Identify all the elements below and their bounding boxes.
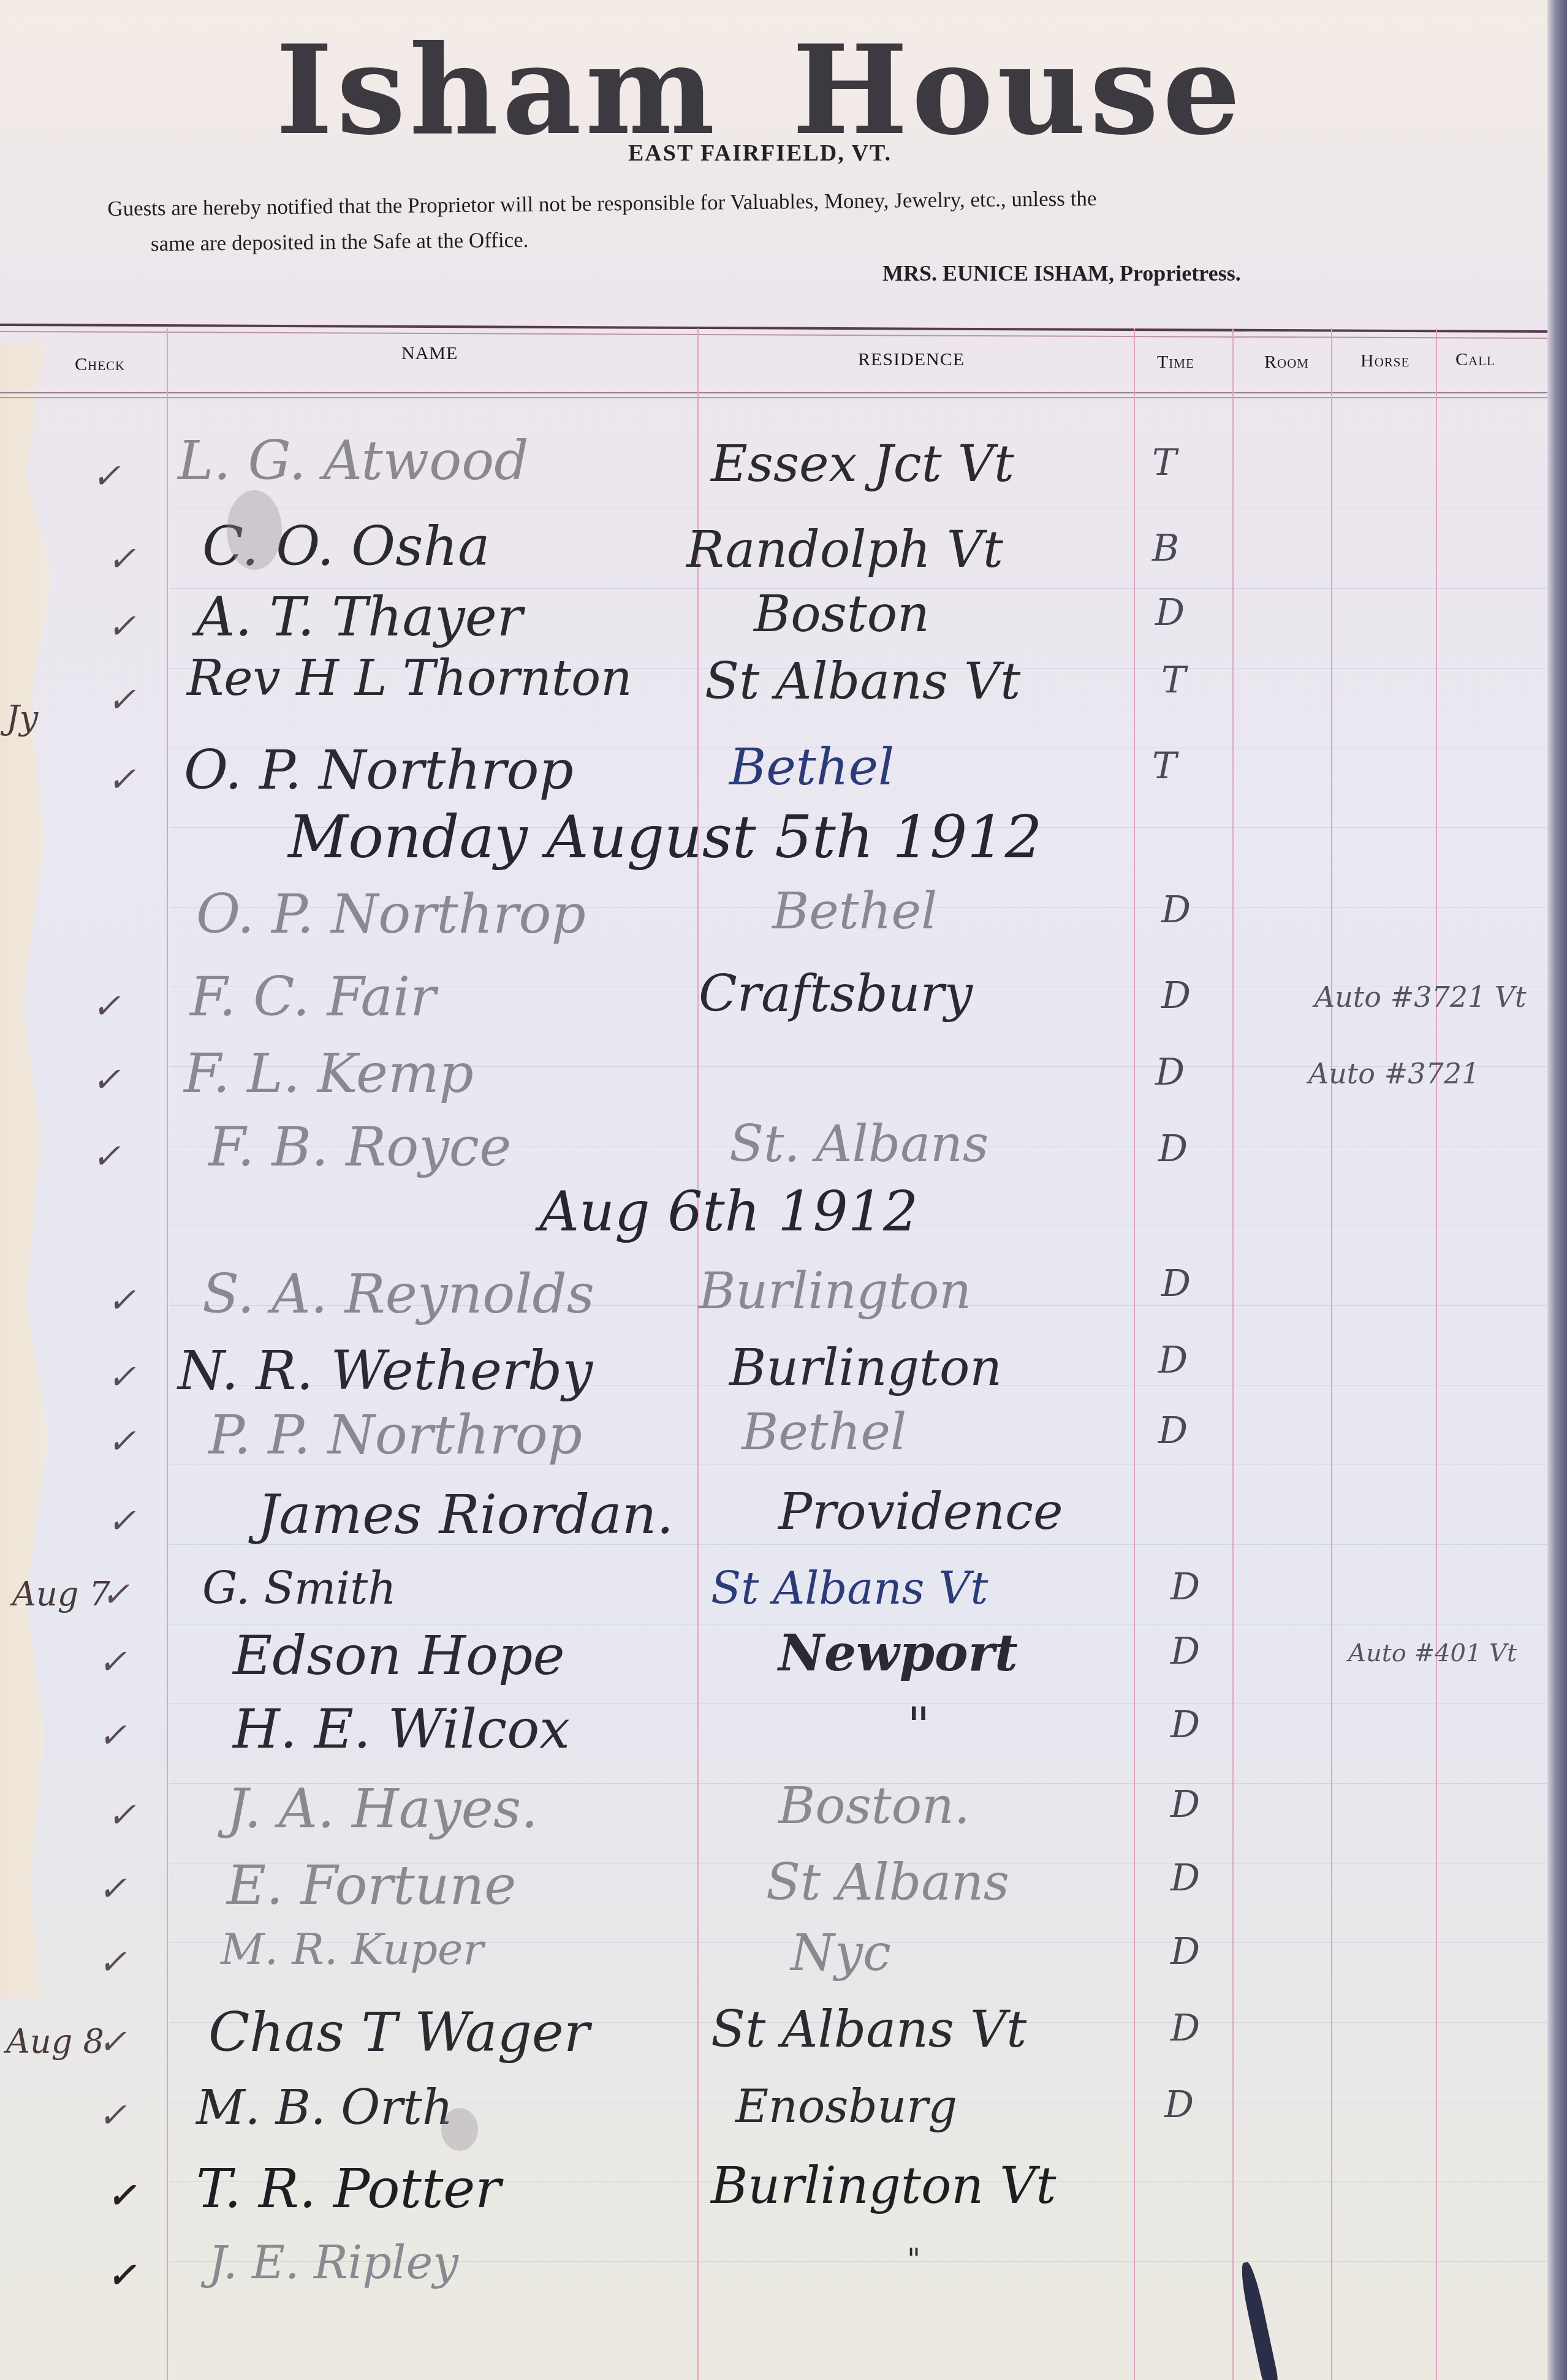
guest-residence: Newport [778,1624,1018,1683]
guest-name: Chas T Wager [208,2001,590,2064]
date-header: Monday August 5th 1912 [288,803,1042,871]
margin-date-note: Aug 8 [6,2022,104,2061]
margin-date-note: Jy [6,699,38,737]
check-mark: ✓ [98,2096,127,2136]
ruled-line [169,509,1547,509]
guest-residence: St Albans [766,1854,1009,1912]
guest-name: F. C. Fair [190,965,436,1028]
guest-name: T. R. Potter [196,2157,501,2220]
check-mark: ✓ [107,1422,136,1461]
guest-residence: Burlington [699,1262,971,1321]
check-mark: ✓ [101,1575,130,1615]
column-header-time: Time [1157,352,1194,373]
guest-name: F. B. Royce [208,1115,511,1178]
guest-residence: " [907,2243,920,2277]
guest-name: Edson Hope [233,1624,565,1687]
guest-residence: St. Albans [729,1115,988,1173]
column-header-call: Call [1455,349,1495,370]
guest-residence: Nyc [791,1924,891,1982]
guest-name: P. P. Northrop [208,1403,582,1466]
check-mark: ✓ [92,1060,121,1100]
arrival-time: T [1152,441,1177,484]
guest-residence: Boston. [778,1777,970,1835]
guest-residence: Bethel [742,1403,906,1461]
header-rule-bottom [0,392,1547,398]
arrival-time: D [1164,2083,1194,2126]
water-stain [227,490,282,570]
guest-name: L. G. Atwood [178,429,528,492]
guest-residence: Burlington Vt [711,2157,1056,2215]
guest-residence: Craftsbury [699,965,973,1023]
guest-residence: Essex Jct Vt [711,435,1014,493]
guest-residence: St Albans Vt [711,2001,1026,2059]
check-mark: ✓ [98,1869,127,1909]
column-divider-horse [1436,328,1437,2380]
guest-name: O. P. Northrop [184,738,574,802]
check-mark: ✓ [107,1795,136,1835]
margin-date-note: Aug 7 [12,1575,110,1613]
column-header-check: Check [75,354,125,375]
check-mark: ✓ [98,1942,127,1982]
check-mark: ✓ [107,539,136,579]
guest-name: N. R. Wetherby [178,1339,593,1402]
check-mark: ✓ [107,760,136,800]
arrival-time: D [1171,1930,1200,1973]
guest-name: O. P. Northrop [196,882,586,946]
guest-name: J. A. Hayes. [227,1777,538,1840]
check-mark: ✓ [107,1501,136,1541]
arrival-time: D [1171,1857,1200,1900]
column-header-residence: RESIDENCE [858,349,965,370]
arrival-time: D [1171,1783,1200,1826]
guest-name: M. B. Orth [196,2080,453,2136]
guest-name: F. L. Kemp [184,1042,474,1105]
arrival-time: D [1155,591,1185,634]
arrival-time: D [1158,1339,1188,1382]
guest-name: A. T. Thayer [196,585,523,648]
guest-residence: " [907,1697,930,1756]
column-divider-room [1331,328,1332,2380]
guest-residence: Bethel [729,738,894,797]
guest-name: J. E. Ripley [208,2237,458,2289]
vehicle-note: Auto #3721 [1308,1057,1479,1090]
guest-name: Rev H L Thornton [187,650,632,707]
book-binding [1547,0,1567,2380]
arrival-time: D [1171,1630,1200,1673]
guest-residence: Randolph Vt [686,521,1003,579]
arrival-time: D [1171,1566,1200,1609]
arrival-time: D [1171,1704,1200,1746]
arrival-time: B [1152,527,1179,570]
check-mark: ✓ [92,457,121,496]
arrival-time: T [1152,745,1177,787]
check-mark: ✓ [107,1281,136,1321]
column-header-horse: Horse [1360,351,1410,371]
check-mark: ✓ [107,680,136,720]
guest-name: S. A. Reynolds [202,1262,594,1325]
column-divider-name [697,328,699,2380]
check-mark: ✓ [98,1642,127,1682]
check-mark: ✓ [107,1357,136,1397]
column-divider-residence [1134,328,1135,2380]
header-rule-top [0,324,1547,339]
guest-residence: Enosburg [735,2080,957,2133]
guest-residence: Burlington [729,1339,1002,1397]
check-mark: ✓ [107,2255,136,2295]
check-mark: ✓ [92,1137,121,1177]
date-header: Aug 6th 1912 [539,1180,918,1244]
guest-name: H. E. Wilcox [233,1697,570,1760]
ink-blot [1237,2261,1278,2380]
torn-page-edge [0,343,75,1998]
guest-residence: Bethel [772,882,937,941]
guest-residence: St Albans Vt [705,653,1020,711]
guest-residence: Boston [754,585,930,643]
vehicle-note: Auto #401 Vt [1348,1639,1517,1667]
guest-name: E. Fortune [227,1854,516,1917]
check-mark: ✓ [98,1716,127,1756]
liability-notice: Guests are hereby notified that the Prop… [107,177,1456,262]
hotel-location: EAST FAIRFIELD, VT. [0,140,1520,167]
vehicle-note: Auto #3721 Vt [1315,980,1527,1014]
check-mark: ✓ [107,607,136,646]
guest-name: M. R. Kuper [221,1924,484,1974]
guest-residence: St Albans Vt [711,1563,988,1614]
proprietor-name: MRS. EUNICE ISHAM, Proprietress. [882,260,1241,286]
check-mark: ✓ [107,2175,136,2216]
column-divider-check [167,328,168,2380]
arrival-time: D [1171,2007,1200,2050]
arrival-time: D [1161,974,1191,1017]
arrival-time: D [1155,1051,1185,1094]
column-divider-time [1232,328,1234,2380]
guest-name: James Riordan. [257,1483,673,1546]
water-stain [441,2108,478,2151]
guest-residence: Providence [778,1483,1063,1541]
check-mark: ✓ [92,987,121,1026]
arrival-time: D [1161,1262,1191,1305]
column-header-name: NAME [401,343,458,364]
arrival-time: D [1161,889,1191,931]
check-mark: ✓ [98,2022,127,2062]
arrival-time: D [1158,1127,1188,1170]
arrival-time: T [1161,659,1186,702]
arrival-time: D [1158,1409,1188,1452]
guest-name: G. Smith [202,1563,396,1614]
column-header-room: Room [1264,352,1309,373]
